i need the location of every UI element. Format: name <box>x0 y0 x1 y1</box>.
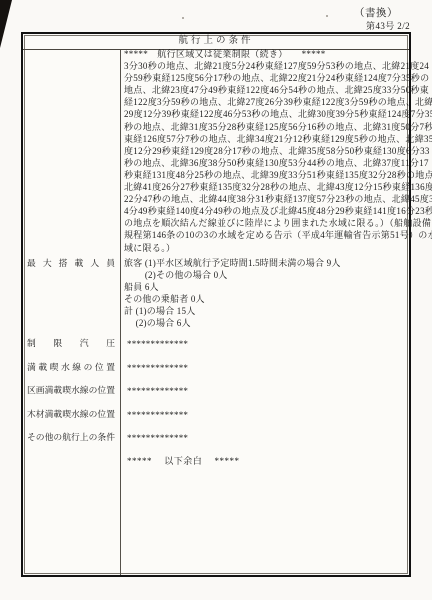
subdivision-load-line-label: 区画満載喫水線の位置 <box>27 385 115 396</box>
subdivision-load-line-value: ************* <box>127 385 188 397</box>
timber-load-line-label: 木材満載喫水線の位置 <box>27 409 115 420</box>
scan-corner-artifact <box>0 0 12 48</box>
other-conditions-value: ************* <box>127 432 188 444</box>
navigation-area-body: 3分30秒の地点、北緯21度5分24秒東経127度59分53秒の地点、北緯21度… <box>124 61 432 252</box>
navigation-area-heading: ***** 航行区域又は従業制限（続き） ***** <box>124 49 326 59</box>
load-line-value: ************* <box>127 362 188 374</box>
load-line-label: 満載喫水線の位置 <box>27 362 115 373</box>
navigation-area-section: ***** 航行区域又は従業制限（続き） ***** 3分30秒の地点、北緯21… <box>124 48 407 254</box>
navigation-conditions-table: 航行上の条件 ***** 航行区域又は従業制限（続き） ***** 3分30秒の… <box>21 32 411 577</box>
remainder-blank-note: ***** 以下余白 ***** <box>127 454 240 467</box>
rewrite-stamp: （書換） <box>354 5 398 20</box>
other-conditions-label: その他の航行上の条件 <box>27 432 115 443</box>
scan-speck <box>326 15 328 17</box>
steam-pressure-label: 制限汽圧 <box>27 338 115 349</box>
max-persons-label: 最大搭載人員 <box>27 258 115 269</box>
document-number: 第43号 2/2 <box>366 19 410 32</box>
timber-load-line-value: ************* <box>127 409 188 421</box>
max-persons-details: 旅客 (1)平水区域航行予定時間1.5時間未満の場合 9人 (2)その他の場合 … <box>124 257 407 330</box>
steam-pressure-value: ************* <box>127 338 188 350</box>
scanned-document-page: { "colors": { "ink": "#1c1c1c", "paper":… <box>0 0 432 600</box>
scan-speck <box>182 17 184 19</box>
column-divider <box>120 50 121 575</box>
